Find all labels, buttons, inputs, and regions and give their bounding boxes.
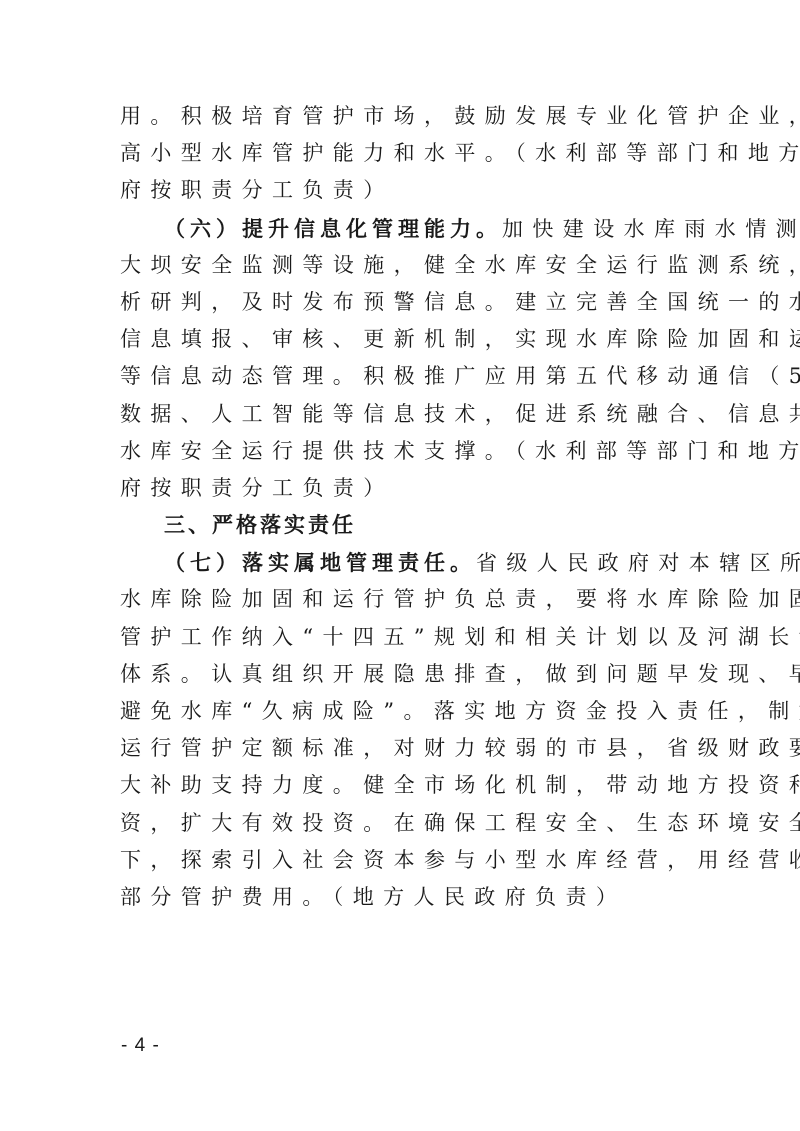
section-6-lead: （六）提升信息化管理能力。	[164, 216, 502, 241]
text-line: 体系。认真组织开展隐患排查，做到问题早发现、早处理，	[120, 656, 680, 693]
text-line: 数据、人工智能等信息技术，促进系统融合、信息共享，为	[120, 396, 680, 433]
text-line: 运行管护定额标准，对财力较弱的市县，省级财政要适当加	[120, 730, 680, 767]
text-line: 高小型水库管护能力和水平。（水利部等部门和地方人民政	[120, 135, 680, 172]
page-number: - 4 -	[121, 1035, 160, 1057]
text-line: 府按职责分工负责）	[120, 172, 680, 209]
section-6-first-line: （六）提升信息化管理能力。加快建设水库雨水情测报、	[120, 210, 680, 247]
text-line: 水库除险加固和运行管护负总责，要将水库除险加固和运行	[120, 581, 680, 618]
section-heading: 三、严格落实责任	[120, 507, 680, 544]
text-line: 管护工作纳入“十四五”规划和相关计划以及河湖长制管理	[120, 619, 680, 656]
text-line: 避免水库“久病成险”。落实地方资金投入责任，制定水库	[120, 693, 680, 730]
text-line: 资，扩大有效投资。在确保工程安全、生态环境安全的前提	[120, 805, 680, 842]
text-line: 部分管护费用。（地方人民政府负责）	[120, 879, 680, 916]
text-line: 府按职责分工负责）	[120, 470, 680, 507]
text-line: 水库安全运行提供技术支撑。（水利部等部门和地方人民政	[120, 433, 680, 470]
text-line: 大坝安全监测等设施，健全水库安全运行监测系统，加强分	[120, 247, 680, 284]
section-7-text: 省级人民政府对本辖区所属	[476, 551, 800, 575]
text-line: 用。积极培育管护市场，鼓励发展专业化管护企业，不断提	[120, 98, 680, 135]
section-7-first-line: （七）落实属地管理责任。省级人民政府对本辖区所属	[120, 544, 680, 581]
section-7-lead: （七）落实属地管理责任。	[164, 550, 476, 575]
section-6-text: 加快建设水库雨水情测报、	[502, 217, 800, 241]
document-page: 用。积极培育管护市场，鼓励发展专业化管护企业，不断提 高小型水库管护能力和水平。…	[120, 98, 680, 916]
text-line: 信息填报、审核、更新机制，实现水库除险加固和运行管护	[120, 321, 680, 358]
text-line: 下，探索引入社会资本参与小型水库经营，用经营收益承担	[120, 842, 680, 879]
text-line: 大补助支持力度。健全市场化机制，带动地方投资和民间投	[120, 767, 680, 804]
text-line: 等信息动态管理。积极推广应用第五代移动通信（5G）、大	[120, 358, 680, 395]
text-line: 析研判，及时发布预警信息。建立完善全国统一的水库管理	[120, 284, 680, 321]
